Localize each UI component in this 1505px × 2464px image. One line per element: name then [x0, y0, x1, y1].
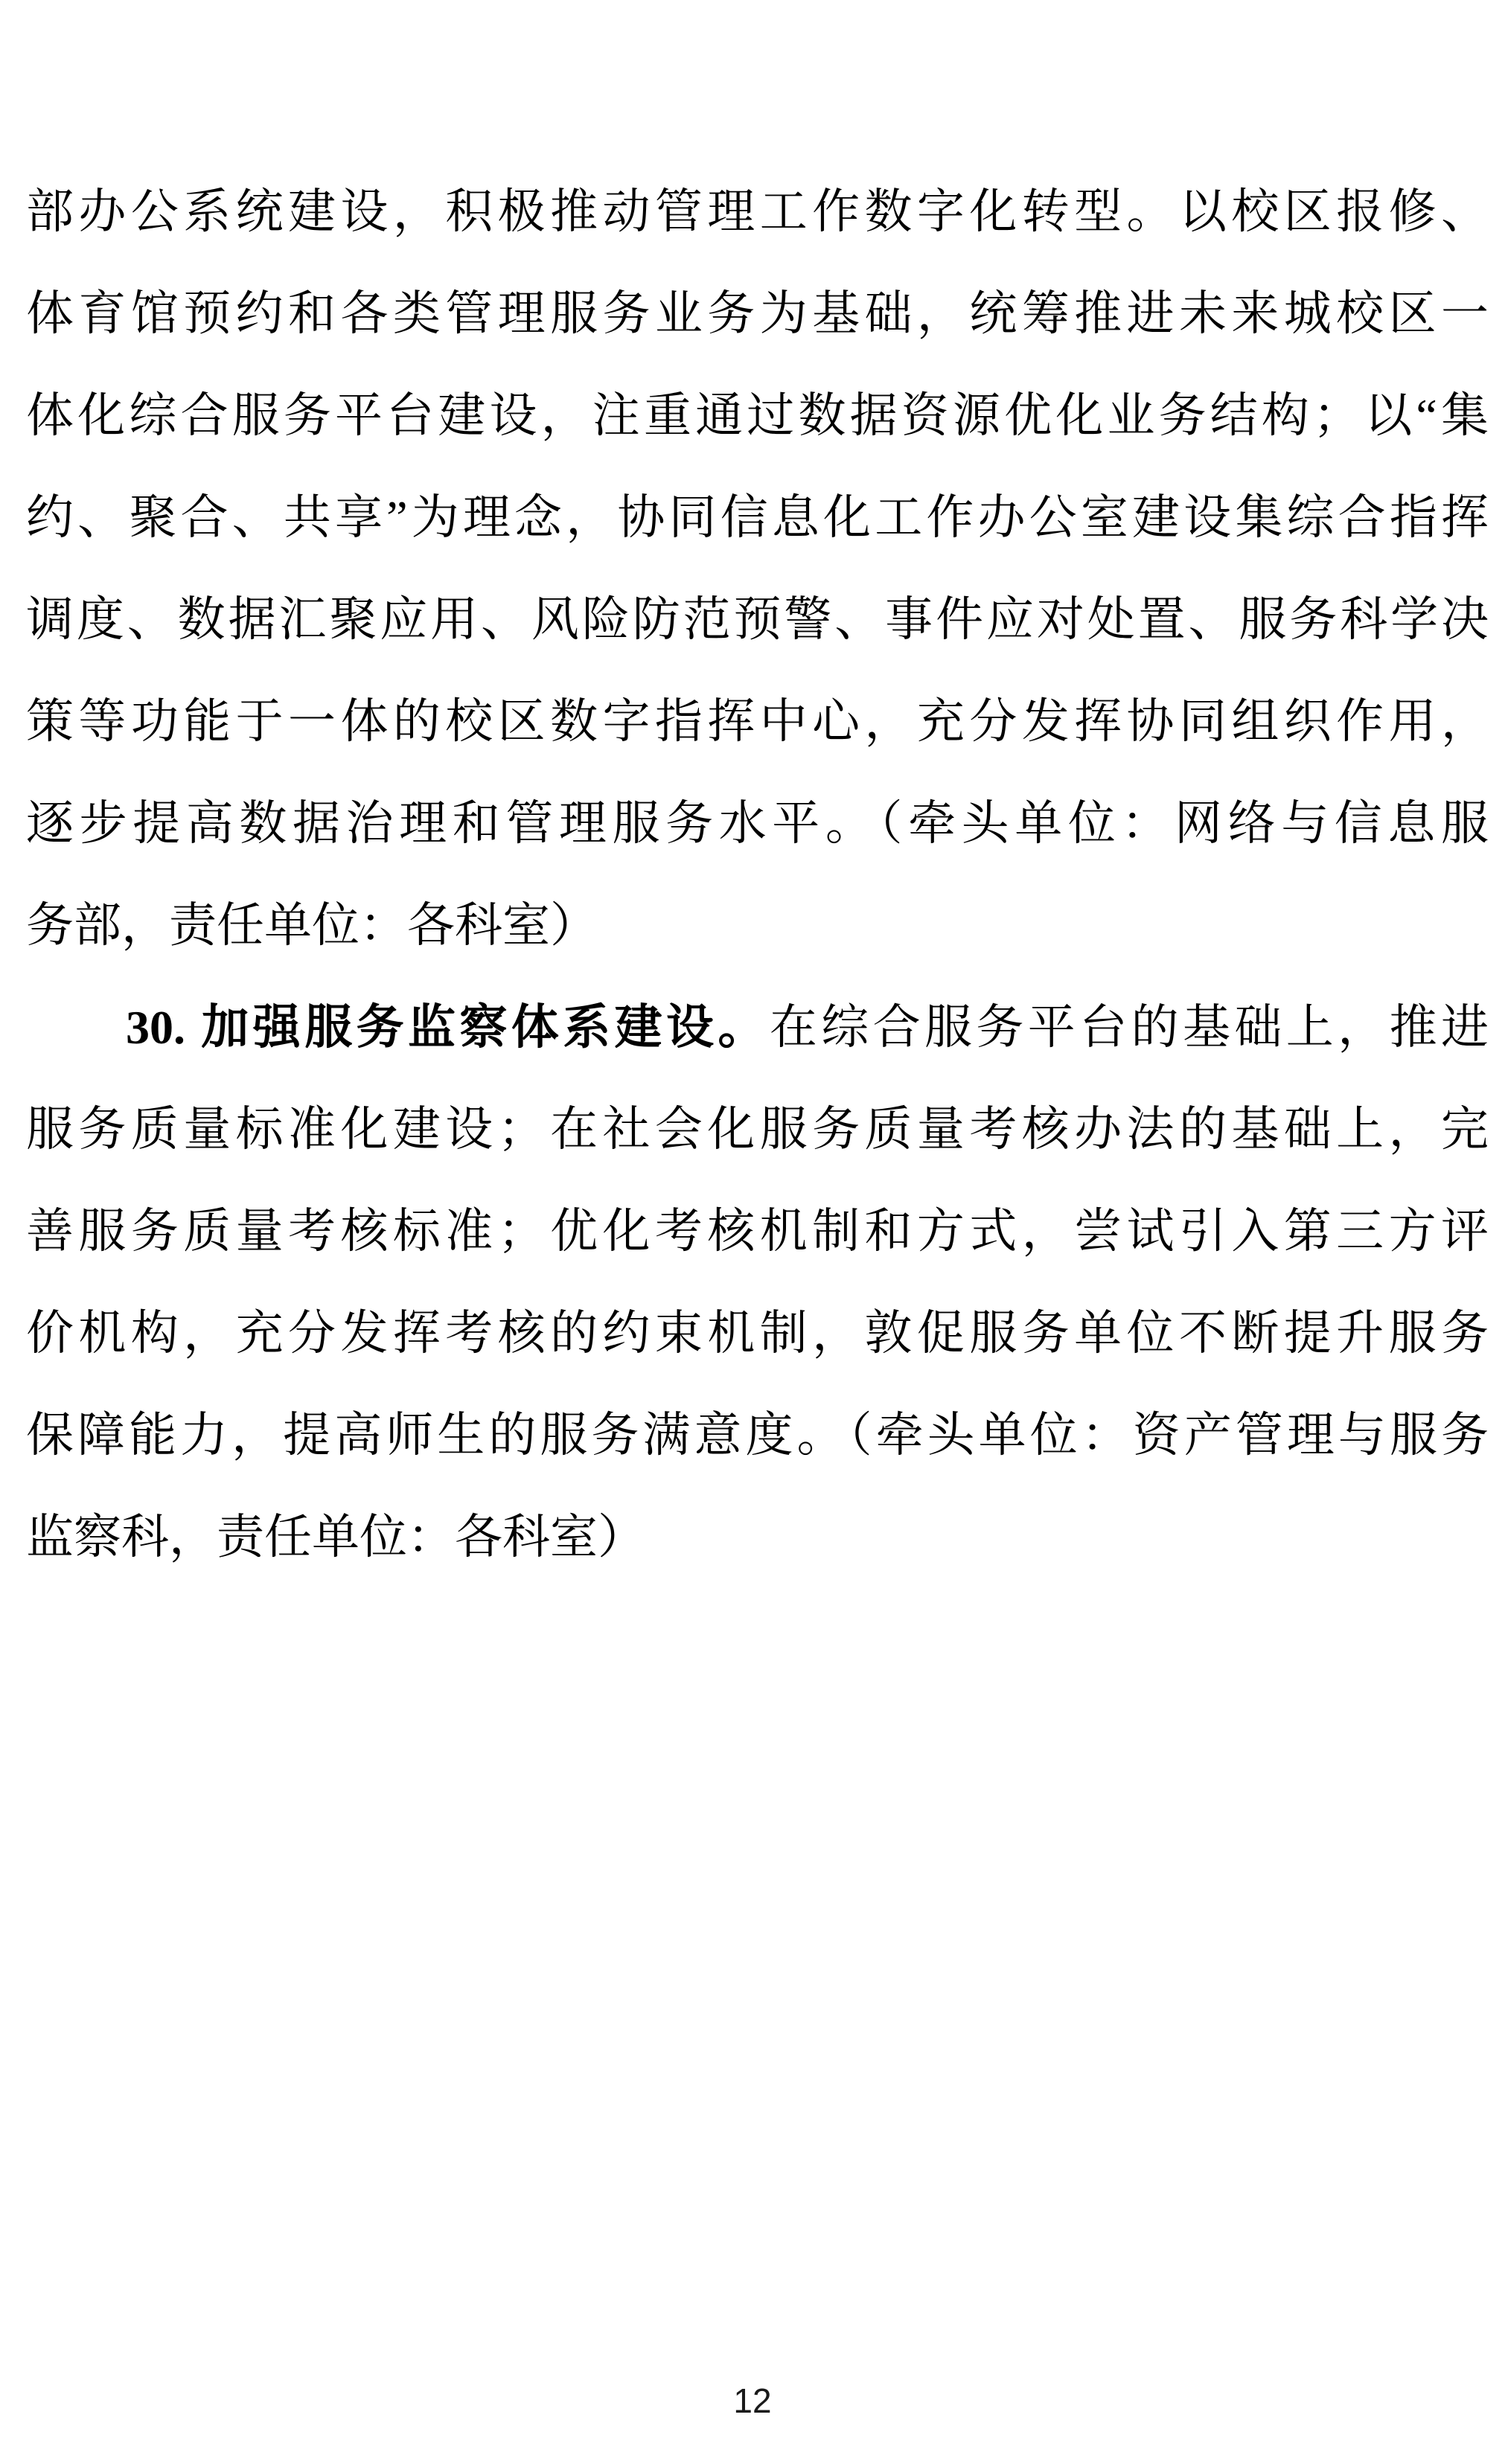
line-text: 策等功能于一体的校区数字指挥中心，充分发挥协同组织作用，	[26, 695, 1489, 748]
text-line: 服务质量标准化建设；在社会化服务质量考核办法的基础上，完	[26, 1078, 1489, 1180]
line-text: 务部，责任单位：各科室）	[26, 899, 598, 952]
text-line: 逐步提高数据治理和管理服务水平。（牵头单位：网络与信息服	[26, 772, 1489, 874]
line-text: 善服务质量考核标准；优化考核机制和方式，尝试引入第三方评	[26, 1205, 1489, 1258]
body-text-block: 部办公系统建设，积极推动管理工作数字化转型。以校区报修、体育馆预约和各类管理服务…	[26, 161, 1489, 1588]
line-text: 体育馆预约和各类管理服务业务为基础，统筹推进未来城校区一	[26, 287, 1489, 340]
line-text: 调度、数据汇聚应用、风险防范预警、事件应对处置、服务科学决	[26, 593, 1489, 646]
line-text: 价机构，充分发挥考核的约束机制，敦促服务单位不断提升服务	[26, 1307, 1489, 1360]
line-text: 监察科，责任单位：各科室）	[26, 1511, 645, 1564]
line-text: 逐步提高数据治理和管理服务水平。（牵头单位：网络与信息服	[26, 797, 1489, 850]
line-text: 在综合服务平台的基础上，推进	[770, 1001, 1489, 1054]
text-line: 价机构，充分发挥考核的约束机制，敦促服务单位不断提升服务	[26, 1282, 1489, 1384]
text-line: 保障能力，提高师生的服务满意度。（牵头单位：资产管理与服务	[26, 1384, 1489, 1486]
line-text: 保障能力，提高师生的服务满意度。（牵头单位：资产管理与服务	[26, 1409, 1489, 1462]
bold-heading-text: 30. 加强服务监察体系建设。	[126, 1001, 770, 1054]
line-text: 体化综合服务平台建设，注重通过数据资源优化业务结构；以“集	[26, 389, 1489, 442]
text-line: 体化综合服务平台建设，注重通过数据资源优化业务结构；以“集	[26, 365, 1489, 467]
text-line: 善服务质量考核标准；优化考核机制和方式，尝试引入第三方评	[26, 1180, 1489, 1282]
text-line: 约、聚合、共享”为理念，协同信息化工作办公室建设集综合指挥	[26, 467, 1489, 569]
page-footer: 12	[0, 2378, 1505, 2423]
line-text: 约、聚合、共享”为理念，协同信息化工作办公室建设集综合指挥	[26, 491, 1489, 544]
page-number: 12	[733, 2381, 771, 2420]
document-page: 部办公系统建设，积极推动管理工作数字化转型。以校区报修、体育馆预约和各类管理服务…	[0, 0, 1505, 2464]
line-text: 服务质量标准化建设；在社会化服务质量考核办法的基础上，完	[26, 1103, 1489, 1156]
text-line: 务部，责任单位：各科室）	[26, 874, 1489, 976]
text-line: 部办公系统建设，积极推动管理工作数字化转型。以校区报修、	[26, 161, 1489, 263]
text-line: 体育馆预约和各类管理服务业务为基础，统筹推进未来城校区一	[26, 263, 1489, 365]
text-line: 监察科，责任单位：各科室）	[26, 1486, 1489, 1588]
line-text: 部办公系统建设，积极推动管理工作数字化转型。以校区报修、	[26, 185, 1489, 238]
text-line: 30. 加强服务监察体系建设。在综合服务平台的基础上，推进	[26, 976, 1489, 1078]
text-line: 策等功能于一体的校区数字指挥中心，充分发挥协同组织作用，	[26, 671, 1489, 772]
text-line: 调度、数据汇聚应用、风险防范预警、事件应对处置、服务科学决	[26, 569, 1489, 671]
